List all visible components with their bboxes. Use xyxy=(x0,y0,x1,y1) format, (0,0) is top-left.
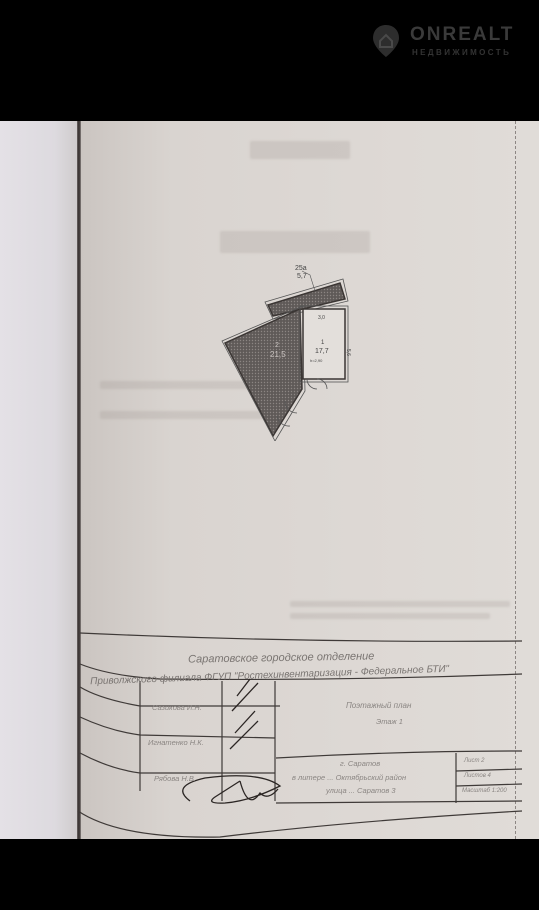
bleed-through-text xyxy=(290,613,490,619)
signer-3: Рябова Н.В. xyxy=(154,774,196,783)
page-dashed-edge xyxy=(515,121,516,839)
bleed-through-text xyxy=(220,231,370,253)
room-left-area: 21,5 xyxy=(270,350,286,359)
sheet-subtitle: Этаж 1 xyxy=(376,717,403,726)
onrealt-watermark: ONREALT НЕДВИЖИМОСТЬ xyxy=(372,22,532,62)
sheet-number: Лист 2 xyxy=(464,758,484,764)
brand-tagline: НЕДВИЖИМОСТЬ xyxy=(412,48,511,57)
room-left-label: 2 xyxy=(275,342,279,349)
left-page xyxy=(0,121,78,839)
brand-name: ONREALT xyxy=(410,24,514,46)
signer-2: Игнатенко Н.К. xyxy=(148,738,204,747)
sheet-title: Поэтажный план xyxy=(346,701,411,710)
right-page xyxy=(81,121,539,839)
dim-right: 5,6 xyxy=(345,349,351,356)
bleed-through-text xyxy=(290,601,510,607)
address-line-2: в литере ... Октябрьский район xyxy=(292,773,406,782)
room-right-area: 17,7 xyxy=(315,348,329,355)
sheets-count: Листов 4 xyxy=(464,773,491,779)
room-right-height: h=2,90 xyxy=(310,358,323,363)
signer-1: Сазикова И.Н. xyxy=(152,703,202,712)
bleed-through-text xyxy=(250,141,350,159)
address-line-3: улица ... Саратов 3 xyxy=(326,786,396,795)
floor-plan-drawing: 25а 5,7 21,5 2 1 17,7 h=2,90 3,0 5,6 xyxy=(215,261,365,441)
map-pin-house-icon xyxy=(372,24,400,58)
top-black-bar: ONREALT НЕДВИЖИМОСТЬ xyxy=(0,0,539,121)
dim-top: 3,0 xyxy=(318,315,325,321)
document-photo: 25а 5,7 21,5 2 1 17,7 h=2,90 3,0 5,6 xyxy=(0,121,539,839)
plan-label-top-numerator: 25а xyxy=(295,265,307,272)
scale: Масштаб 1:200 xyxy=(462,788,507,794)
bottom-black-bar xyxy=(0,839,539,910)
address-line-1: г. Саратов xyxy=(340,759,380,768)
plan-label-top-denominator: 5,7 xyxy=(297,273,307,280)
